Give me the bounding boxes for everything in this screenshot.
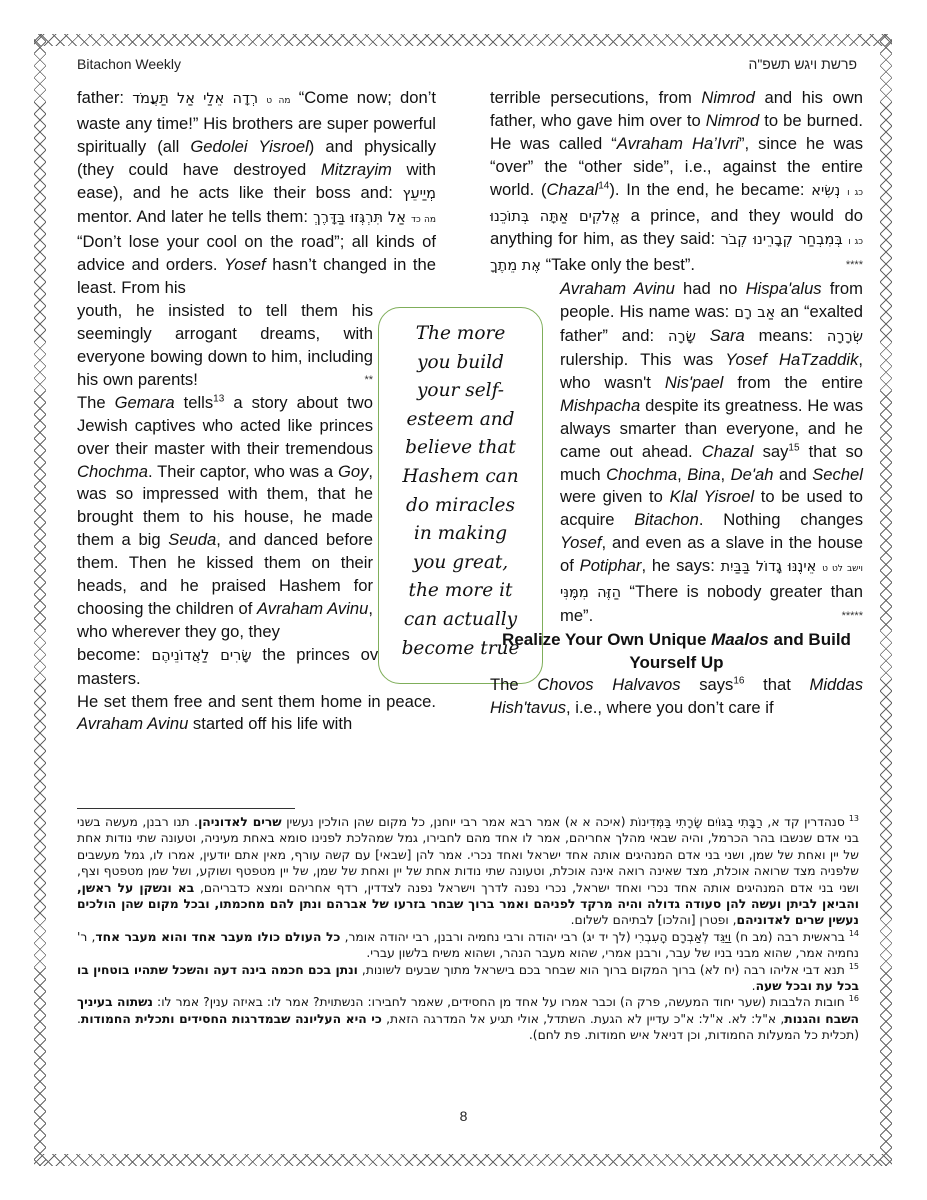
page-number: 8 xyxy=(0,1108,927,1124)
footnotes: 13סנהדרין קד א, רַבָּתִי בַגּוֹיִם שָׂרָ… xyxy=(77,814,859,1044)
paragraph: He set them free and sent them home in p… xyxy=(77,691,436,737)
section-stars: ***** xyxy=(842,605,863,628)
footnote-item: 16חובות הלבבות (שער יחוד המעשה, פרק ה) ו… xyxy=(77,994,859,1043)
paragraph: The Chovos Halvavos says16 that Middas H… xyxy=(490,674,863,720)
parsha-title: פרשת ויגש תשפ"ה xyxy=(748,56,857,72)
section-stars: **** xyxy=(846,254,863,277)
footnote-item: 14בראשית רבה (מב ח) וַיַּגֵּד לְאַבְרָם … xyxy=(77,929,859,962)
footnote-ref[interactable]: 13 xyxy=(213,393,224,404)
footnote-ref[interactable]: 15 xyxy=(788,442,799,453)
hebrew-word: שְׂרָרָה xyxy=(827,329,863,345)
footnote-number: 13 xyxy=(849,814,859,823)
footnote-number: 16 xyxy=(849,994,859,1003)
hebrew-word: מְיַיעֵץ xyxy=(403,186,436,202)
hebrew-word: אַב רָם xyxy=(734,305,775,321)
hebrew-word: שָׂרָה xyxy=(668,329,696,345)
paragraph: father: מה ט רְדָה אֵלַי אַל תַּעֲמֹד “C… xyxy=(77,87,436,300)
paragraph: The Gemara tells13 a story about two Jew… xyxy=(77,392,373,644)
footnote-ref[interactable]: 16 xyxy=(733,675,744,686)
footnote-number: 15 xyxy=(849,962,859,971)
border-right xyxy=(880,34,892,1166)
border-top xyxy=(34,34,892,46)
hebrew-source-ref: מה ט רְדָה אֵלַי אַל תַּעֲמֹד xyxy=(132,91,290,107)
footnote-ref[interactable]: 14 xyxy=(598,180,609,191)
footnote-number: 14 xyxy=(849,929,859,938)
border-bottom xyxy=(34,1154,892,1166)
publication-title: Bitachon Weekly xyxy=(77,56,181,72)
right-column: terrible persecutions, from Nimrod and h… xyxy=(490,87,863,720)
paragraph: Avraham Avinu had no Hispa'alus from peo… xyxy=(560,278,863,628)
hebrew-source-ref: מה כד אַל תִּרְגְּזוּ בַּדָּרֶךְ xyxy=(313,210,436,226)
paragraph: youth, he insisted to tell them his seem… xyxy=(77,300,373,392)
hebrew-word: שָׂרִים לַאֲדוֹנֵיהֶם xyxy=(151,648,251,664)
footnote-item: 13סנהדרין קד א, רַבָּתִי בַגּוֹיִם שָׂרָ… xyxy=(77,814,859,929)
running-header: Bitachon Weekly פרשת ויגש תשפ"ה xyxy=(77,56,857,78)
paragraph: terrible persecutions, from Nimrod and h… xyxy=(490,87,863,278)
footnote-item: 15תנא דבי אליהו רבה (יח לא) ברוך המקום ב… xyxy=(77,962,859,995)
section-heading: Realize Your Own Unique Maalos and Build… xyxy=(485,628,868,674)
section-stars: ** xyxy=(364,369,373,392)
footnote-separator xyxy=(77,808,295,809)
border-left xyxy=(34,34,46,1166)
